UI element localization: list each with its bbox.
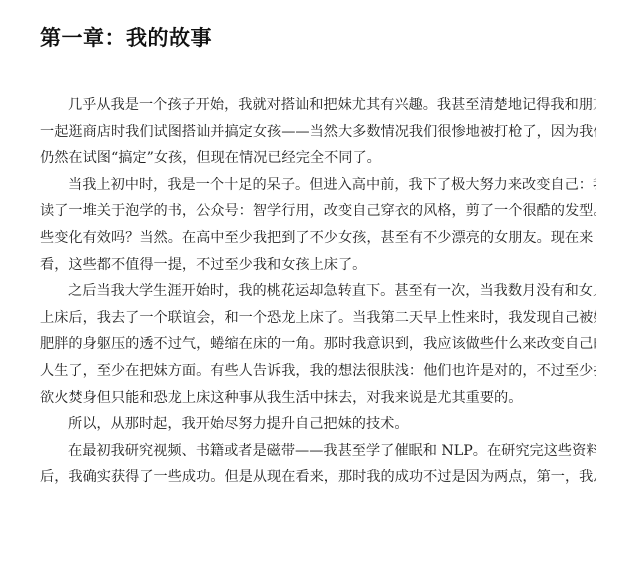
- paragraph-3-line-3: 肥胖的身躯压的透不过气，蜷缩在床的一角。那时我意识到，我应该做些什么来改变自己的: [40, 331, 596, 358]
- document-page: 第一章：我的故事 几乎从我是一个孩子开始，我就对搭讪和把妹尤其有兴趣。我甚至清楚…: [0, 0, 638, 565]
- paragraph-2-line-1: 当我上初中时，我是一个十足的呆子。但进入高中前，我下了极大努力来改变自己：我: [40, 172, 596, 199]
- paragraph-5-line-1: 在最初我研究视频、书籍或者是磁带——我甚至学了催眠和 NLP。在研究完这些资料之: [40, 438, 596, 465]
- chapter-body: 几乎从我是一个孩子开始，我就对搭讪和把妹尤其有兴趣。我甚至清楚地记得我和朋友 一…: [40, 92, 596, 491]
- paragraph-3-line-1: 之后当我大学生涯开始时，我的桃花运却急转直下。甚至有一次，当我数月没有和女人: [40, 278, 596, 305]
- paragraph-1-line-1: 几乎从我是一个孩子开始，我就对搭讪和把妹尤其有兴趣。我甚至清楚地记得我和朋友: [40, 92, 596, 119]
- paragraph-5-line-2: 后，我确实获得了一些成功。但是从现在看来，那时我的成功不过是因为两点，第一，我总: [40, 464, 596, 491]
- paragraph-1-line-2: 一起逛商店时我们试图搭讪并搞定女孩——当然大多数情况我们很惨地被打枪了，因为我们: [40, 119, 596, 146]
- paragraph-4-line-1: 所以，从那时起，我开始尽努力提升自己把妹的技术。: [40, 411, 596, 438]
- paragraph-3-line-5: 欲火焚身但只能和恐龙上床这种事从我生活中抹去，对我来说是尤其重要的。: [40, 385, 596, 412]
- paragraph-2-line-3: 些变化有效吗？当然。在高中至少我把到了不少女孩，甚至有不少漂亮的女朋友。现在来: [40, 225, 596, 252]
- paragraph-3-line-4: 人生了，至少在把妹方面。有些人告诉我，我的想法很肤浅：他们也许是对的，不过至少把: [40, 358, 596, 385]
- chapter-title: 第一章：我的故事: [40, 22, 212, 52]
- paragraph-2-line-4: 看，这些都不值得一提，不过至少我和女孩上床了。: [40, 252, 596, 279]
- paragraph-1-line-3: 仍然在试图“搞定”女孩，但现在情况已经完全不同了。: [40, 145, 596, 172]
- paragraph-3-line-2: 上床后，我去了一个联谊会，和一个恐龙上床了。当我第二天早上性来时，我发现自己被她: [40, 305, 596, 332]
- paragraph-2-line-2: 读了一堆关于泡学的书，公众号：智学行用，改变自己穿衣的风格，剪了一个很酷的发型。…: [40, 198, 596, 225]
